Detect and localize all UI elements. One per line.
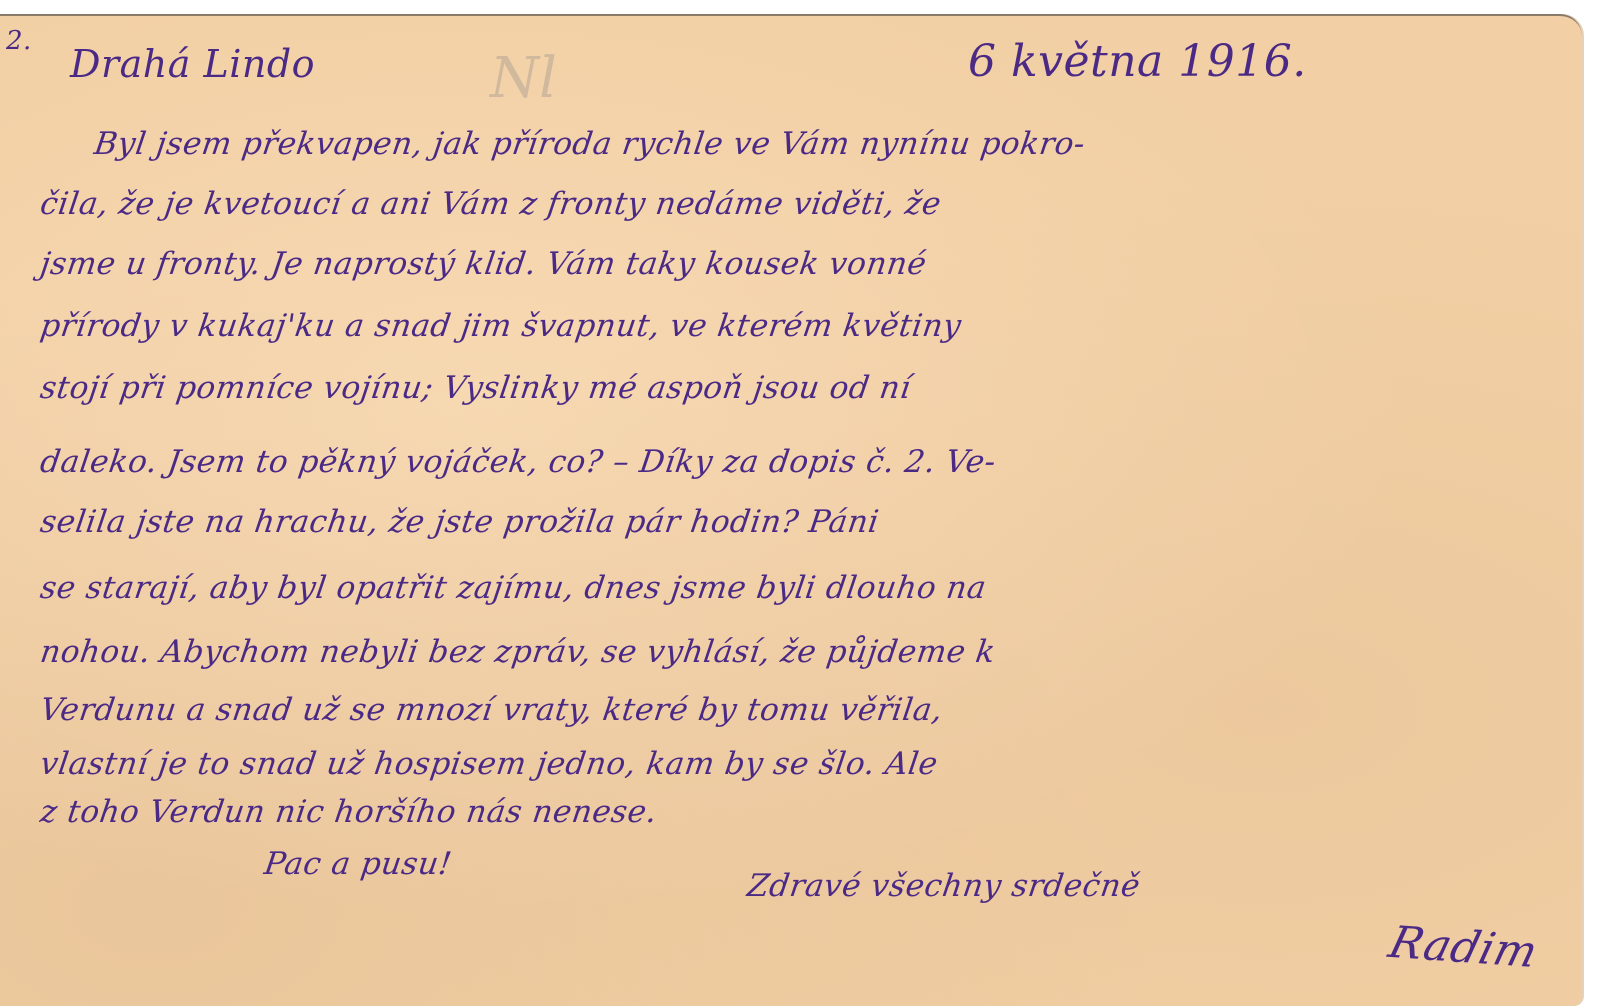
closing-right: Zdravé všechny srdečně xyxy=(745,868,1142,904)
pencil-mark: Nl xyxy=(490,46,557,111)
signature: Radim xyxy=(1384,917,1543,977)
body-line: jsme u fronty. Je naprostý klid. Vám tak… xyxy=(38,246,929,282)
body-line: se starají, aby byl opatřit zajímu, dnes… xyxy=(38,570,989,606)
body-line: Byl jsem překvapen, jak příroda rychle v… xyxy=(92,126,1088,162)
closing-left: Pac a pusu! xyxy=(262,846,454,882)
body-line: stojí při pomníce vojínu; Vyslinky mé as… xyxy=(38,370,913,406)
body-line: čila, že je kvetoucí a ani Vám z fronty … xyxy=(38,186,944,222)
body-line: nohou. Abychom nebyli bez zpráv, se vyhl… xyxy=(38,634,998,670)
body-line: selila jste na hrachu, že jste prožila p… xyxy=(38,504,881,540)
body-line: z toho Verdun nic horšího nás nenese. xyxy=(38,794,659,830)
page-number: 2. xyxy=(6,26,32,56)
body-line: daleko. Jsem to pěkný vojáček, co? – Dík… xyxy=(38,444,998,480)
letter-date: 6 května 1916. xyxy=(968,36,1307,87)
body-line: Verdunu a snad už se mnozí vraty, které … xyxy=(38,692,945,728)
postcard: Nl 2. Drahá Lindo 6 května 1916. Byl jse… xyxy=(0,14,1582,1004)
greeting: Drahá Lindo xyxy=(70,42,315,86)
body-line: vlastní je to snad už hospisem jedno, ka… xyxy=(38,746,940,782)
body-line: přírody v kukaj'ku a snad jim švapnut, v… xyxy=(38,308,964,344)
